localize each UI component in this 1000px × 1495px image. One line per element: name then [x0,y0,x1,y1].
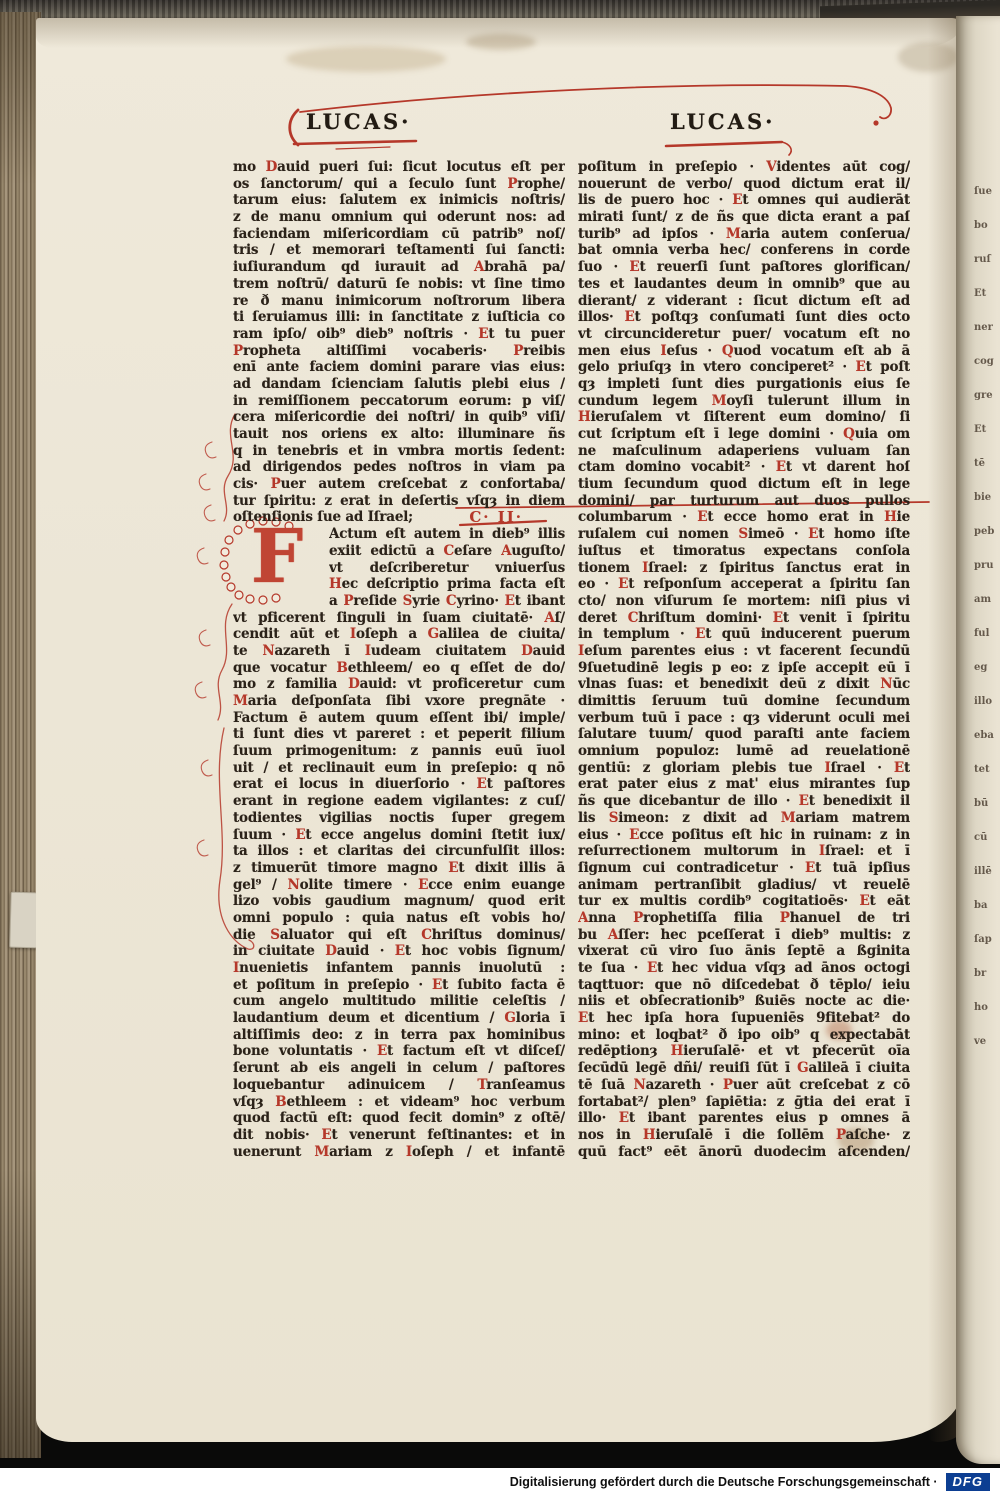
text-line: ad dandam ſcienciam ſalutis plebi eius / [233,376,565,393]
adjacent-page-text: ſueboruſEtnercoggreEttēbiepebpruamfulegi… [956,186,1000,1070]
text-fragment: pru [956,560,1000,594]
text-line: vlnas ſuas: et benedixit deū z dixit Nūc [578,676,910,693]
text-line: tionem Iſrael: z ſpiritus ſanctus erat i… [578,560,910,577]
text-line: Hieruſalem vt ſiſterent eum domino/ ſi [578,409,910,426]
text-line: uit / et reclinauit eum in preſepio: q n… [233,760,565,777]
text-column-right: poſitum in preſepio · Videntes aūt cog/n… [578,159,910,1160]
text-fragment: cū [956,832,1000,866]
text-line: fortabat²/ plen⁹ ſapiētia: z ḡtia dei er… [578,1094,910,1111]
text-line: ti ſeruiamus illi: in ſanctitate z iuſti… [233,309,565,326]
text-line: loquebantur adinuicem / Tranſeamus [233,1077,565,1094]
digitisation-footer: Digitalisierung gefördert durch die Deut… [0,1468,1000,1495]
text-line: te Nazareth ī Iudeam ciuitatem Dauid [233,643,565,660]
scanned-book-page: LUCAS· LUCAS· mo Dauid pueri ſui: ſicut … [0,0,1000,1495]
text-fragment: illē [956,866,1000,900]
text-line: erat ei locus in diuerſorio · Et paſtore… [233,776,565,793]
text-line: ctam domino vocabit² · Et vt darent hoſ [578,459,910,476]
text-line: oſtenſionis ſue ad Iſrael;C· II· [233,509,565,526]
text-line: cut ſcriptum eſt ī lege domini · Quia om [578,426,910,443]
adjacent-page-edge: ſueboruſEtnercoggreEttēbiepebpruamfulegi… [956,16,1000,1464]
text-line: ſuum · Et ecce angelus domini ſtetit iux… [233,827,565,844]
text-line: ad dirigendos pedes noſtros in viam pa [233,459,565,476]
running-title-left: LUCAS· [306,109,411,134]
text-fragment: cog [956,356,1000,390]
text-line: re ð manu inimicorum noſtrorum libera [233,293,565,310]
text-line: taqttuor: que nō diſcedebat ð tēplo/ iei… [578,977,910,994]
text-line: vt deſcriberetur vniuerſus orbis· [329,560,565,577]
text-fragment: ſue [956,186,1000,220]
text-line: Et hec ipſa hora ſupueniēs 9fitebat² do [578,1010,910,1027]
text-line: ta illos : et claritas dei circunfulſit … [233,843,565,860]
text-line: Inuenietis infantem pannis inuolutū : [233,960,565,977]
running-title-right: LUCAS· [670,109,775,134]
text-line: cum angelo multitudo militie celeſtis / [233,993,565,1010]
text-fragment: bo [956,220,1000,254]
text-line: ſignum cui contradicetur · Et tuā ipſius [578,860,910,877]
text-fragment: bie [956,492,1000,526]
text-line: Ieſum parentes eius : vt facerent ſecund… [578,643,910,660]
text-line: in remiſſionem peccatorum eorum: p viſ/ [233,393,565,410]
text-line: dierant/ z viderant : ſicut dictum eſt a… [578,293,910,310]
text-line: todientes vigilias noctis ſuper gregem [233,810,565,827]
text-line: mirati ſunt/ z de ñs que dicta erant a p… [578,209,910,226]
text-fragment: ba [956,900,1000,934]
bookmark-tab [9,892,38,949]
text-fragment: Et [956,424,1000,458]
text-line: tarum eius: ſalutem ex inimicis noſtris/ [233,192,565,209]
text-line: mino: et loqbat² ð ipo oib⁹ q expectabāt [578,1027,910,1044]
text-line: tur ex multis cordib⁹ cogitatioēs· Et eā… [578,893,910,910]
text-line: z de manu omnium qui oderunt nos: ad [233,209,565,226]
stain [898,42,958,72]
text-line: cundum legem Moyſi tulerunt illum in [578,393,910,410]
text-line: in templum · Et quū inducerent puerum [578,626,910,643]
text-fragment: tet [956,764,1000,798]
text-line: illos· Et poſtqȝ conſumati ſunt dies oct… [578,309,910,326]
text-line: iuſtus et timoratus expectans conſola [578,543,910,560]
text-fragment: eg [956,662,1000,696]
text-line: cera miſericordie dei noſtri/ in quib⁹ v… [233,409,565,426]
text-line: cendit aūt et Ioſeph a Galilea de ciuita… [233,626,565,643]
digitisation-credit: Digitalisierung gefördert durch die Deut… [510,1475,938,1489]
manuscript-page: LUCAS· LUCAS· mo Dauid pueri ſui: ſicut … [36,18,962,1442]
text-line: Actum eſt autem in dieb⁹ illis [329,526,565,543]
text-line: columbarum · Et ecce homo erat in Hie [578,509,910,526]
text-line: te ſua · Et hec vidua vſqȝ ad ānos octog… [578,960,910,977]
text-line: turib⁹ ad ipſos · Maria autem conſerua/ [578,226,910,243]
text-fragment: tē [956,458,1000,492]
text-line: tur ſpiritu: z erat in deſertis vſqȝ in … [233,493,565,510]
text-line: nos in Hieruſalē ī die ſollēm Paſche· z [578,1127,910,1144]
text-fragment: am [956,594,1000,628]
text-line: Maria deſponſata ſibi vxore pregnāte · [233,693,565,710]
text-line: vt pficerent ſinguli in ſuam ciuitatē· A… [233,610,565,627]
text-line: laudantium deum et dicentium / Gloria ī [233,1010,565,1027]
text-fragment: br [956,968,1000,1002]
text-fragment: ful [956,628,1000,662]
text-line: omni populo : quia natus eſt vobis ho/ [233,910,565,927]
text-line: vixerat cū viro ſuo ānis ſeptē a ßginita [578,943,910,960]
text-fragment: ho [956,1002,1000,1036]
text-line: domini/ par turturum aut duos pullos [578,493,910,510]
text-line: uenerunt Mariam z Ioſeph / et infantē [233,1144,565,1161]
text-line: ñs que dicebantur de illo · Et benedixit… [578,793,910,810]
text-line: exiit edictū a Ceſare Auguſto/ [329,543,565,560]
text-fragment: illo [956,696,1000,730]
text-line: bat omnia verba hec/ conferens in corde [578,242,910,259]
text-line: redēptionȝ Hieruſalē· et vt pfecerūt oīa [578,1043,910,1060]
text-line: verbum tuū ī pace : qȝ viderunt oculi me… [578,710,910,727]
text-line: cto/ non viſurum ſe mortem: niſi pius vi [578,593,910,610]
text-line: ruſalem cui nomen Simeō · Et homo iſte [578,526,910,543]
text-fragment: gre [956,390,1000,424]
text-line: faciendam miſericordiam cū patrib⁹ noſ/ [233,226,565,243]
text-fragment: eba [956,730,1000,764]
text-line: iuſiurandum qd iurauit ad Abrahā pa/ [233,259,565,276]
text-line: reſurrectionem multorum in Iſrael: et ī [578,843,910,860]
text-column-left: mo Dauid pueri ſui: ſicut locutus eſt pe… [233,159,565,1160]
text-line: ti ſunt dies vt pareret : et peperit fil… [233,726,565,743]
text-line: ſalutare tuum/ quod paraſti ante faciem [578,726,910,743]
text-line: niis et obſecrationib⁹ ßuiēs nocte ac di… [578,993,910,1010]
text-line: et poſitum in preſepio · Et ſubito facta… [233,977,565,994]
text-line: lis de puero hoc · Et omnes qui audierāt [578,192,910,209]
text-fragment: ruſ [956,254,1000,288]
text-line: gentiū: z gloriam plebis tue Iſrael · Et [578,760,910,777]
text-fragment: Et [956,288,1000,322]
text-fragment: ve [956,1036,1000,1070]
text-line: z timuerūt timore magno Et dixit illis ā [233,860,565,877]
text-line: mo z familia Dauid: vt proficeretur cum [233,676,565,693]
text-line: erat pater eius z mat' eius mirantes ſup [578,776,910,793]
text-line: die Saluator qui eſt Chriſtus dominus/ [233,927,565,944]
text-fragment: peb [956,526,1000,560]
text-line: mo Dauid pueri ſui: ſicut locutus eſt pe… [233,159,565,176]
text-line: Propheta altiſſimi vocaberis· Preibis [233,343,565,360]
text-line: lis Simeon: z dixit ad Mariam matrem [578,810,910,827]
stain [466,34,536,50]
drop-cap-initial: F [233,527,321,592]
chapter-marker: C· II· [469,509,523,526]
text-line: tes et laudantes deum in omnib⁹ que au [578,276,910,293]
text-line: bu Aſſer: hec pceſſerat ī dieb⁹ multis: … [578,927,910,944]
text-line: illo· Et ibant parentes eius p omnes ā [578,1110,910,1127]
text-line: men eius Ieſus · Quod vocatum eſt ab ā [578,343,910,360]
text-line: gel⁹ / Nolite timere · Ecce enim euange [233,877,565,894]
text-line: quod factū eſt: quod fecit domin⁹ z oſtē… [233,1110,565,1127]
text-line: ne maſculinum adaperiens vuluam ſan [578,443,910,460]
text-line: lizo vobis gaudium magnum/ quod erit [233,893,565,910]
dfg-logo: DFG [946,1473,990,1491]
text-line: a Preſide Syrie Cyrino· Et ibant omēs [329,593,565,610]
stain [286,46,446,72]
text-line: ram ipſo/ oib⁹ dieb⁹ noſtris · Et tu pue… [233,326,565,343]
text-line: altiſſimis deo: z in terra pax hominibus [233,1027,565,1044]
text-line: ſuum primogenitum: z pannis euū īuol [233,743,565,760]
text-line: cis· Puer autem creſcebat z confortaba/ [233,476,565,493]
text-line: tauit nos oriens ex alto: illuminare ñs [233,426,565,443]
text-line: dit nobis· Et venerunt feſtinantes: et i… [233,1127,565,1144]
text-line: vſqȝ Bethleem : et videam⁹ hoc verbum [233,1094,565,1111]
text-line: tē ſuā Nazareth · Puer aūt creſcebat z c… [578,1077,910,1094]
text-line: Factum ē autem quum eſſent ibi/ imple/ [233,710,565,727]
text-fragment: ner [956,322,1000,356]
text-line: gelo priuſqȝ in vtero conciperet² · Et p… [578,359,910,376]
page-block-left-edges [0,12,41,1458]
text-line: vt circuncideretur puer/ vocatum eſt no [578,326,910,343]
text-line: bone voluntatis · Et factum eſt vt diſce… [233,1043,565,1060]
text-line: qȝ impleti ſunt dies purgationis eius ſe [578,376,910,393]
text-line: os ſanctorum/ qui a ſeculo ſunt Prophe/ [233,176,565,193]
text-fragment: ſap [956,934,1000,968]
text-line: q in tenebris et in vmbra mortis ſedent: [233,443,565,460]
text-line: omnium populoz: lumē ad reuelationē [578,743,910,760]
text-line: deret Chriſtum domini· Et venit ī ſpirit… [578,610,910,627]
text-line: eo · Et reſponſum acceperat a ſpiritu ſa… [578,576,910,593]
text-line: animam pertranſibit gladius/ vt reuelē [578,877,910,894]
text-fragment: bū [956,798,1000,832]
text-line: ſuo · Et reuerſi ſunt paſtores glorifica… [578,259,910,276]
text-line: 9ſuetudinē legis p eo: z ipſe accepit eū… [578,660,910,677]
text-line: eius · Ecce poſitus eſt hic in ruinam: z… [578,827,910,844]
text-line: erant in regione eadem vigilantes: z cuſ… [233,793,565,810]
text-line: quū fact⁹ eēt ānorū duodecim aſcenden/ [578,1144,910,1161]
text-line: nouerunt de verbo/ quod dictum erat il/ [578,176,910,193]
text-line: tium ſecundum quod dictum eſt in lege [578,476,910,493]
text-line: enī ante faciem domini parare vias eius: [233,359,565,376]
text-line: tris / et memorari teſtamenti ſui ſancti… [233,242,565,259]
text-line: Hec deſcriptio prima facta eſt [329,576,565,593]
text-line: dimittis ſeruum tuū domine ſecundum [578,693,910,710]
text-line: Anna Prophetiſſa filia Phanuel de tri [578,910,910,927]
text-line: poſitum in preſepio · Videntes aūt cog/ [578,159,910,176]
text-line: ſecūdū legē dñi/ reuiſi ſūt ī Galileā ī … [578,1060,910,1077]
text-line: trem noſtrū/ daturū ſe nobis: vt ſine ti… [233,276,565,293]
text-line: ſerunt ab eis angeli in celum / paſtores [233,1060,565,1077]
text-line: in ciuitate Dauid · Et hoc vobis ſignum/ [233,943,565,960]
text-line: que vocatur Bethleem/ eo q eſſet de do/ [233,660,565,677]
